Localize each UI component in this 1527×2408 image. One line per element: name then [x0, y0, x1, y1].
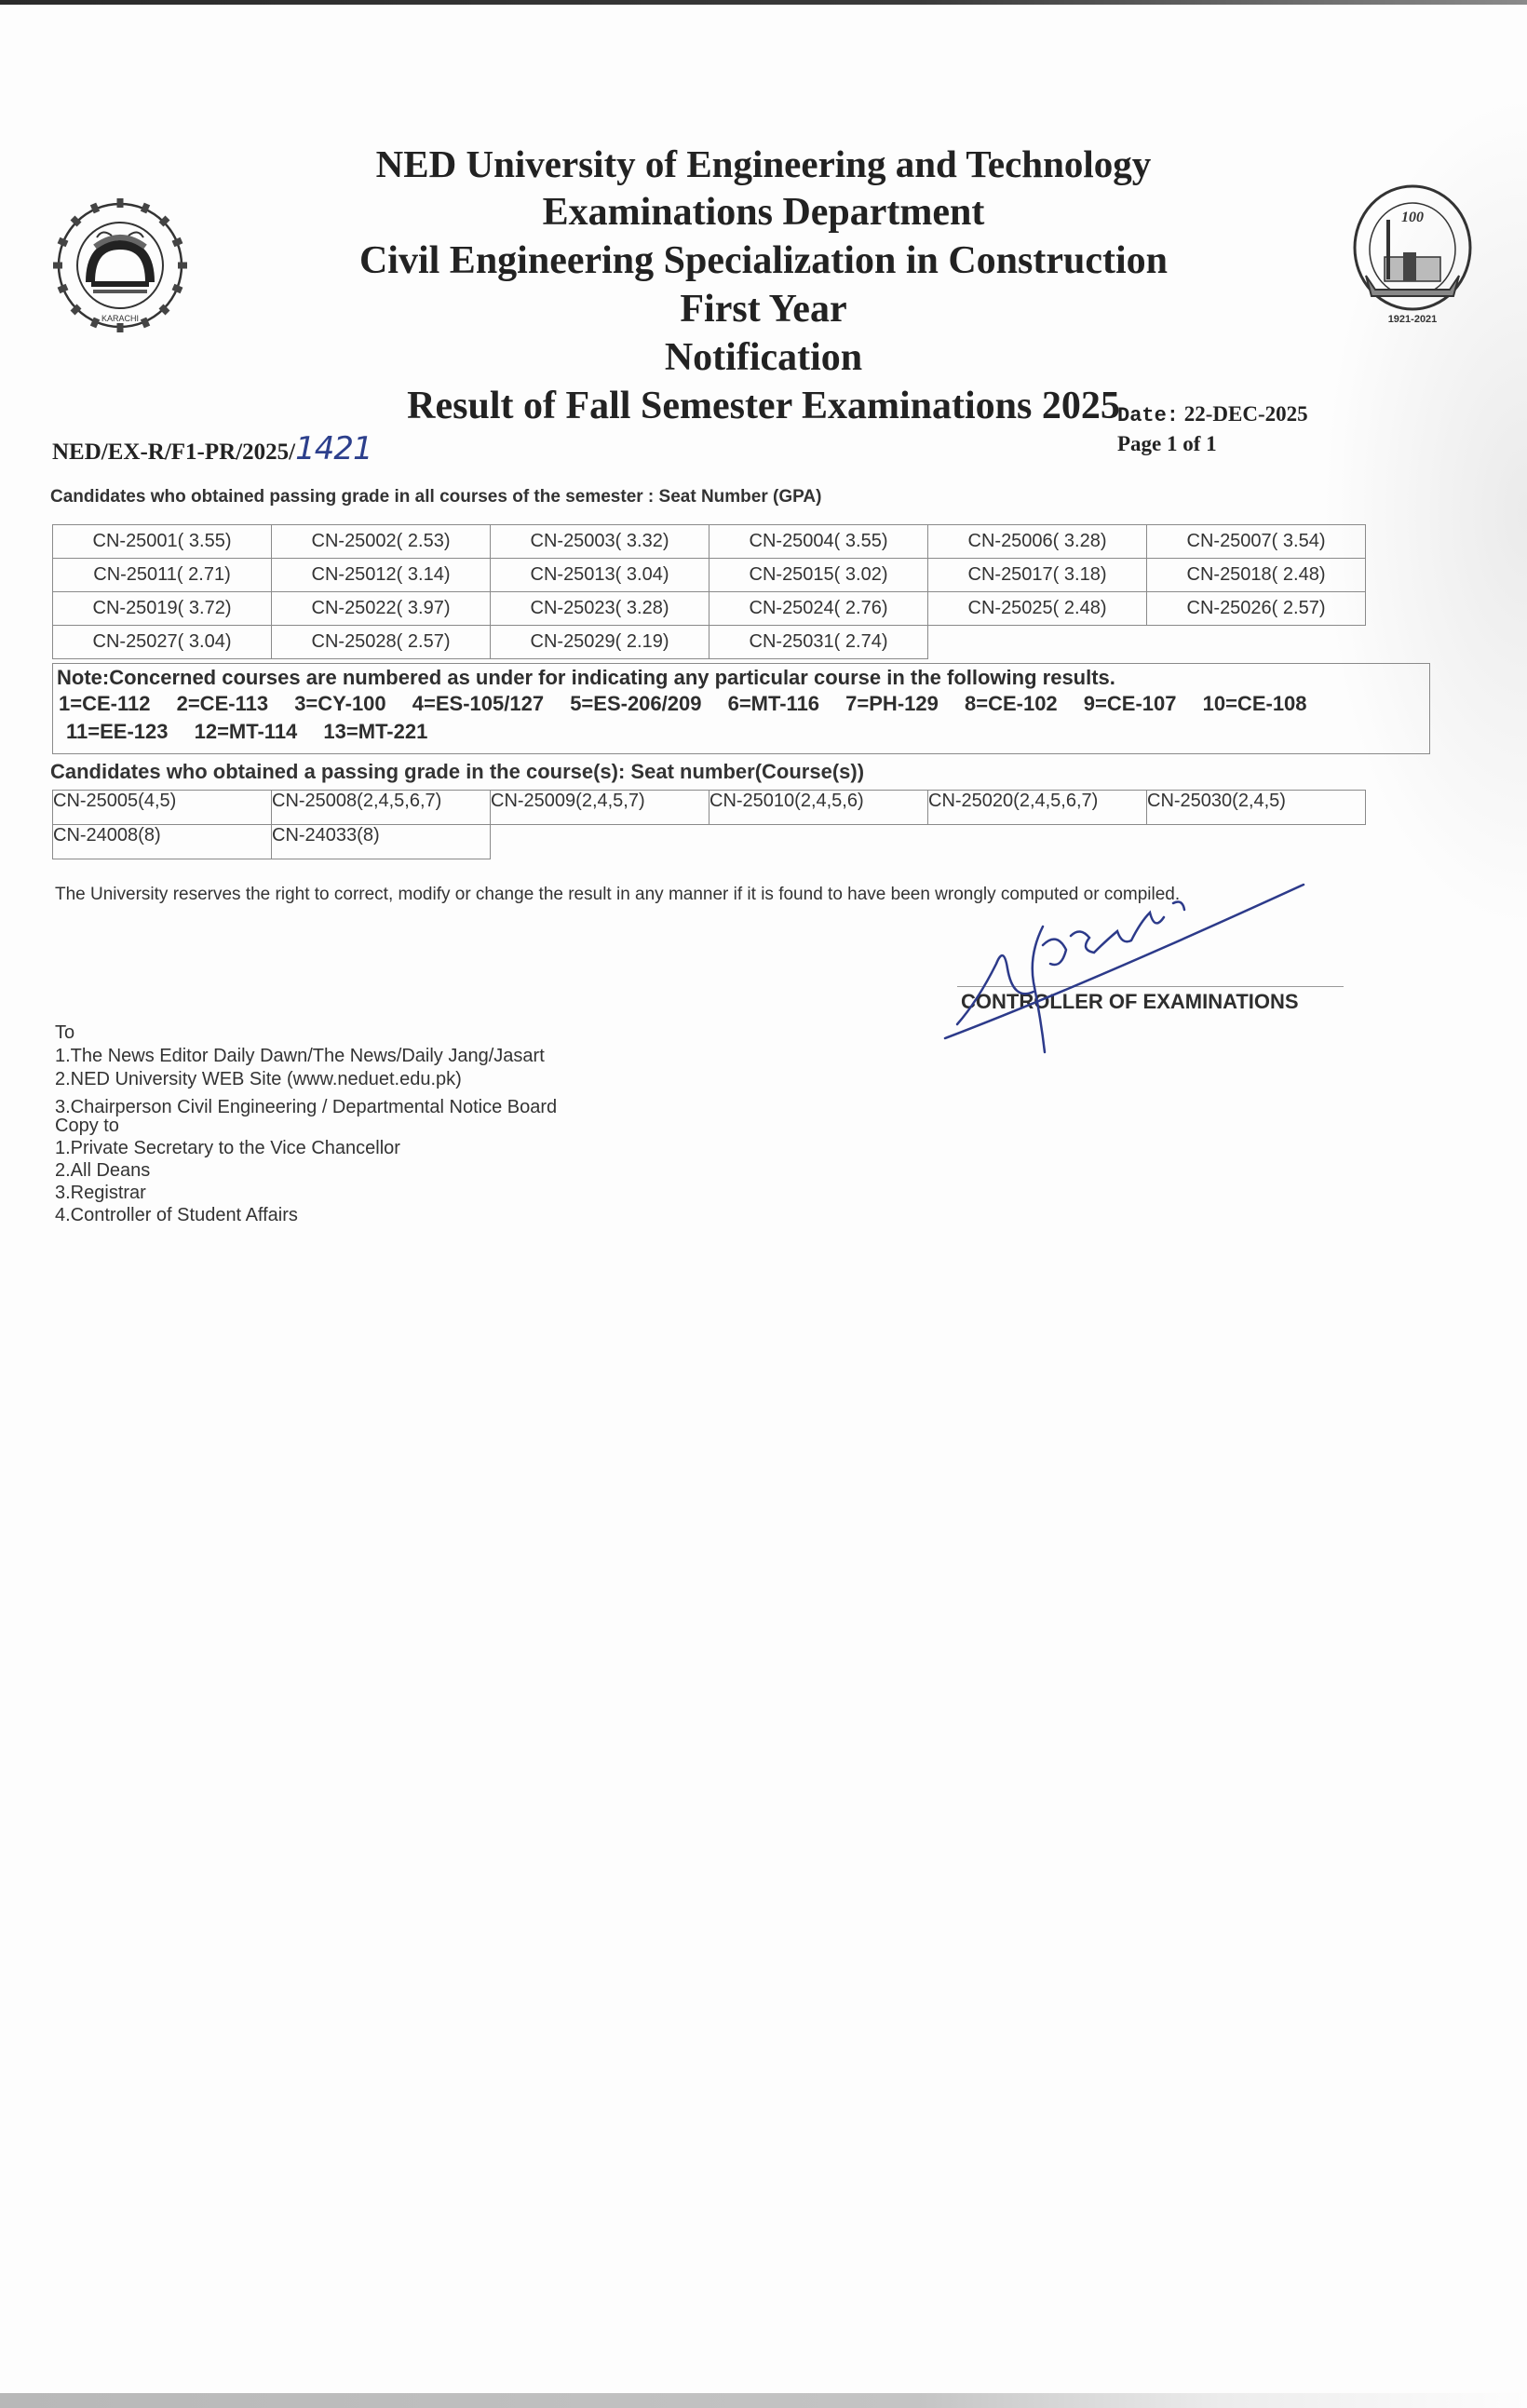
copy-item: 3.Registrar	[55, 1182, 400, 1204]
seat-gpa-cell: CN-25027( 3.04)	[53, 626, 272, 659]
table-row: CN-25019( 3.72)CN-25022( 3.97)CN-25023( …	[53, 592, 1366, 626]
passed-courses-heading: Candidates who obtained a passing grade …	[50, 760, 864, 784]
course-key-item: 2=CE-113	[177, 692, 268, 715]
seat-gpa-cell: CN-25024( 2.76)	[709, 592, 928, 626]
seat-courses-cell: CN-25005(4,5)	[53, 791, 272, 825]
reference-number-handwritten: 1421	[295, 430, 372, 467]
seat-gpa-cell: CN-25029( 2.19)	[491, 626, 709, 659]
seat-gpa-cell: CN-25012( 3.14)	[272, 559, 491, 592]
table-row: CN-25011( 2.71)CN-25012( 3.14)CN-25013( …	[53, 559, 1366, 592]
seat-gpa-cell: CN-25015( 3.02)	[709, 559, 928, 592]
seat-courses-cell: CN-24008(8)	[53, 825, 272, 859]
course-key-item: 4=ES-105/127	[412, 692, 544, 715]
reference-number-printed: NED/EX-R/F1-PR/2025/	[52, 440, 295, 465]
course-key-item: 11=EE-123	[66, 720, 168, 743]
reference-number: NED/EX-R/F1-PR/2025/1421	[52, 430, 372, 467]
seat-gpa-cell: CN-25002( 2.53)	[272, 525, 491, 559]
course-key-item: 10=CE-108	[1203, 692, 1307, 715]
svg-text:KARACHI: KARACHI	[101, 314, 139, 323]
distribution-copy: Copy to 1.Private Secretary to the Vice …	[55, 1115, 400, 1226]
seat-courses-cell: CN-25030(2,4,5)	[1147, 791, 1366, 825]
copy-label: Copy to	[55, 1115, 400, 1137]
seat-gpa-cell: CN-25018( 2.48)	[1147, 559, 1366, 592]
year-label: First Year	[298, 285, 1229, 333]
seat-gpa-cell: CN-25031( 2.74)	[709, 626, 928, 659]
empty-cell	[1147, 825, 1366, 859]
table-row: CN-25027( 3.04)CN-25028( 2.57)CN-25029( …	[53, 626, 1366, 659]
program-name: Civil Engineering Specialization in Cons…	[298, 237, 1229, 285]
copy-item: 4.Controller of Student Affairs	[55, 1204, 400, 1226]
date-page-block: Date: 22-DEC-2025 Page 1 of 1	[1117, 400, 1308, 458]
course-key-item: 6=MT-116	[728, 692, 819, 715]
to-label: To	[55, 1021, 557, 1044]
empty-cell	[491, 825, 709, 859]
document-title-block: NED University of Engineering and Techno…	[298, 140, 1229, 430]
seat-gpa-cell: CN-25028( 2.57)	[272, 626, 491, 659]
course-key-list: 1=CE-112 2=CE-113 3=CY-100 4=ES-105/127 …	[57, 690, 1426, 746]
svg-text:100: 100	[1401, 210, 1424, 225]
table-row: CN-24008(8)CN-24033(8)	[53, 825, 1366, 859]
course-key-item: 1=CE-112	[59, 692, 150, 715]
svg-text:1921-2021: 1921-2021	[1388, 314, 1438, 325]
seat-gpa-cell: CN-25013( 3.04)	[491, 559, 709, 592]
seat-courses-cell: CN-25010(2,4,5,6)	[709, 791, 928, 825]
notification-label: Notification	[298, 333, 1229, 382]
course-key-item: 5=ES-206/209	[570, 692, 701, 715]
table-row: CN-25005(4,5)CN-25008(2,4,5,6,7)CN-25009…	[53, 791, 1366, 825]
scan-edge-top	[0, 0, 1527, 5]
course-key-item: 12=MT-114	[195, 720, 298, 743]
seat-gpa-cell: CN-25017( 3.18)	[928, 559, 1147, 592]
passed-all-table: CN-25001( 3.55)CN-25002( 2.53)CN-25003( …	[52, 524, 1366, 659]
empty-cell	[1147, 626, 1366, 659]
date-value: 22-DEC-2025	[1179, 402, 1308, 426]
handwritten-signature-icon	[940, 880, 1350, 1057]
seat-gpa-cell: CN-25026( 2.57)	[1147, 592, 1366, 626]
seat-courses-cell: CN-25020(2,4,5,6,7)	[928, 791, 1147, 825]
issue-date: Date: 22-DEC-2025	[1117, 400, 1308, 430]
seat-courses-cell: CN-25008(2,4,5,6,7)	[272, 791, 491, 825]
date-label: Date:	[1117, 404, 1179, 427]
seat-courses-cell: CN-25009(2,4,5,7)	[491, 791, 709, 825]
passed-all-heading: Candidates who obtained passing grade in…	[50, 487, 821, 507]
table-row: CN-25001( 3.55)CN-25002( 2.53)CN-25003( …	[53, 525, 1366, 559]
seat-gpa-cell: CN-25004( 3.55)	[709, 525, 928, 559]
result-title: Result of Fall Semester Examinations 202…	[298, 382, 1229, 430]
copy-item: 1.Private Secretary to the Vice Chancell…	[55, 1137, 400, 1159]
seat-gpa-cell: CN-25001( 3.55)	[53, 525, 272, 559]
seat-gpa-cell: CN-25011( 2.71)	[53, 559, 272, 592]
to-item: 1.The News Editor Daily Dawn/The News/Da…	[55, 1045, 557, 1067]
empty-cell	[928, 626, 1147, 659]
university-name: NED University of Engineering and Techno…	[298, 140, 1229, 188]
department-name: Examinations Department	[298, 188, 1229, 237]
note-title: Note:Concerned courses are numbered as u…	[57, 666, 1426, 690]
course-key-item: 7=PH-129	[845, 692, 939, 715]
to-item: 2.NED University WEB Site (www.neduet.ed…	[55, 1068, 557, 1090]
seat-gpa-cell: CN-25022( 3.97)	[272, 592, 491, 626]
distribution-to: To 1.The News Editor Daily Dawn/The News…	[55, 1021, 557, 1119]
empty-cell	[928, 825, 1147, 859]
university-crest-icon: KARACHI	[39, 191, 202, 340]
course-key-item: 9=CE-107	[1084, 692, 1177, 715]
seat-gpa-cell: CN-25023( 3.28)	[491, 592, 709, 626]
course-key-item: 3=CY-100	[294, 692, 385, 715]
page-number: Page 1 of 1	[1117, 430, 1308, 458]
empty-cell	[709, 825, 928, 859]
centenary-crest-icon: 100 1921-2021	[1338, 183, 1487, 331]
passed-courses-table: CN-25005(4,5)CN-25008(2,4,5,6,7)CN-25009…	[52, 790, 1366, 859]
seat-gpa-cell: CN-25025( 2.48)	[928, 592, 1147, 626]
seat-courses-cell: CN-24033(8)	[272, 825, 491, 859]
seat-gpa-cell: CN-25003( 3.32)	[491, 525, 709, 559]
seat-gpa-cell: CN-25007( 3.54)	[1147, 525, 1366, 559]
copy-item: 2.All Deans	[55, 1159, 400, 1182]
seat-gpa-cell: CN-25019( 3.72)	[53, 592, 272, 626]
course-key-note: Note:Concerned courses are numbered as u…	[52, 663, 1430, 754]
seat-gpa-cell: CN-25006( 3.28)	[928, 525, 1147, 559]
course-key-item: 8=CE-102	[965, 692, 1058, 715]
scan-edge-bottom	[0, 2393, 1527, 2408]
course-key-item: 13=MT-221	[323, 720, 427, 743]
